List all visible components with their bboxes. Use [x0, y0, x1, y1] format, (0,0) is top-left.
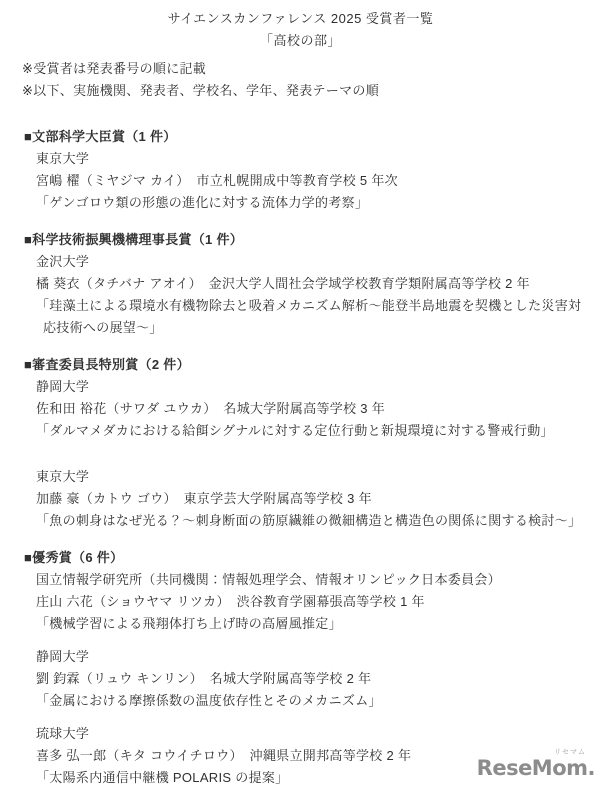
presentation-theme: 「ゲンゴロウ類の形態の進化に対する流体力学的考察」: [36, 192, 587, 214]
resemom-logo-text: ReseMom.: [477, 756, 595, 780]
institution: 東京大学: [36, 148, 587, 170]
document-title: サイエンスカンファレンス 2025 受賞者一覧: [0, 8, 601, 30]
institution: 静岡大学: [36, 646, 587, 668]
presenter: 佐和田 裕花（サワダ ユウカ） 名城大学附属高等学校 3 年: [36, 398, 587, 420]
document-page: サイエンスカンファレンス 2025 受賞者一覧 「高校の部」 ※受賞者は発表番号…: [0, 0, 601, 792]
award-entry: 金沢大学 橘 葵衣（タチバナ アオイ） 金沢大学人間社会学域学校教育学類附属高等…: [24, 251, 587, 339]
resemom-logo-ruby-text: リセマム: [554, 749, 586, 756]
presenter: 加藤 豪（カトウ ゴウ） 東京学芸大学附属高等学校 3 年: [36, 488, 587, 510]
presentation-theme: 「機械学習による飛翔体打ち上げ時の高層風推定」: [36, 613, 587, 635]
award-entry: 東京大学 宮嶋 櫂（ミヤジマ カイ） 市立札幌開成中等教育学校 5 年次 「ゲン…: [24, 148, 587, 214]
note-format: ※以下、実施機関、発表者、学校名、学年、発表テーマの順: [22, 80, 601, 102]
presentation-theme: 「珪藻土による環境水有機物除去と吸着メカニズム解析～能登半島地震を契機とした災害…: [36, 295, 587, 339]
award-heading: ■文部科学大臣賞（1 件）: [24, 126, 587, 148]
presenter: 庄山 六花（ショウヤマ リツカ） 渋谷教育学園幕張高等学校 1 年: [36, 591, 587, 613]
presentation-theme: 「魚の刺身はなぜ光る？～刺身断面の筋原繊維の微細構造と構造色の関係に関する検討～…: [36, 510, 587, 532]
presentation-theme: 「ダルマメダカにおける給餌シグナルに対する定位行動と新規環境に対する警戒行動」: [36, 420, 587, 442]
institution: 静岡大学: [36, 376, 587, 398]
section-excellence-award: ■優秀賞（6 件） 国立情報学研究所（共同機関：情報処理学会、情報オリンピック日…: [0, 547, 601, 789]
presentation-theme: 「金属における摩擦係数の温度依存性とそのメカニズム」: [36, 690, 587, 712]
presenter: 橘 葵衣（タチバナ アオイ） 金沢大学人間社会学域学校教育学類附属高等学校 2 …: [36, 273, 587, 295]
award-heading: ■審査委員長特別賞（2 件）: [24, 354, 587, 376]
award-heading: ■優秀賞（6 件）: [24, 547, 587, 569]
institution: 東京大学: [36, 466, 587, 488]
institution: 琉球大学: [36, 723, 587, 745]
note-order: ※受賞者は発表番号の順に記載: [22, 58, 601, 80]
section-jst-president-award: ■科学技術振興機構理事長賞（1 件） 金沢大学 橘 葵衣（タチバナ アオイ） 金…: [0, 229, 601, 339]
section-jury-chair-special-award: ■審査委員長特別賞（2 件） 静岡大学 佐和田 裕花（サワダ ユウカ） 名城大学…: [0, 354, 601, 532]
resemom-logo: リセマム ReseMom.: [477, 756, 595, 782]
award-entry: 東京大学 加藤 豪（カトウ ゴウ） 東京学芸大学附属高等学校 3 年 「魚の刺身…: [24, 466, 587, 532]
award-entry: 国立情報学研究所（共同機関：情報処理学会、情報オリンピック日本委員会） 庄山 六…: [24, 569, 587, 635]
notes-block: ※受賞者は発表番号の順に記載 ※以下、実施機関、発表者、学校名、学年、発表テーマ…: [0, 58, 601, 102]
institution: 国立情報学研究所（共同機関：情報処理学会、情報オリンピック日本委員会）: [36, 569, 587, 591]
award-heading: ■科学技術振興機構理事長賞（1 件）: [24, 229, 587, 251]
award-entry: 静岡大学 劉 鈞霖（リュウ キンリン） 名城大学附属高等学校 2 年 「金属にお…: [24, 646, 587, 712]
institution: 金沢大学: [36, 251, 587, 273]
section-mext-minister-award: ■文部科学大臣賞（1 件） 東京大学 宮嶋 櫂（ミヤジマ カイ） 市立札幌開成中…: [0, 126, 601, 214]
presenter: 劉 鈞霖（リュウ キンリン） 名城大学附属高等学校 2 年: [36, 668, 587, 690]
award-entry: 静岡大学 佐和田 裕花（サワダ ユウカ） 名城大学附属高等学校 3 年 「ダルマ…: [24, 376, 587, 442]
document-subtitle: 「高校の部」: [0, 30, 601, 52]
presenter: 宮嶋 櫂（ミヤジマ カイ） 市立札幌開成中等教育学校 5 年次: [36, 170, 587, 192]
